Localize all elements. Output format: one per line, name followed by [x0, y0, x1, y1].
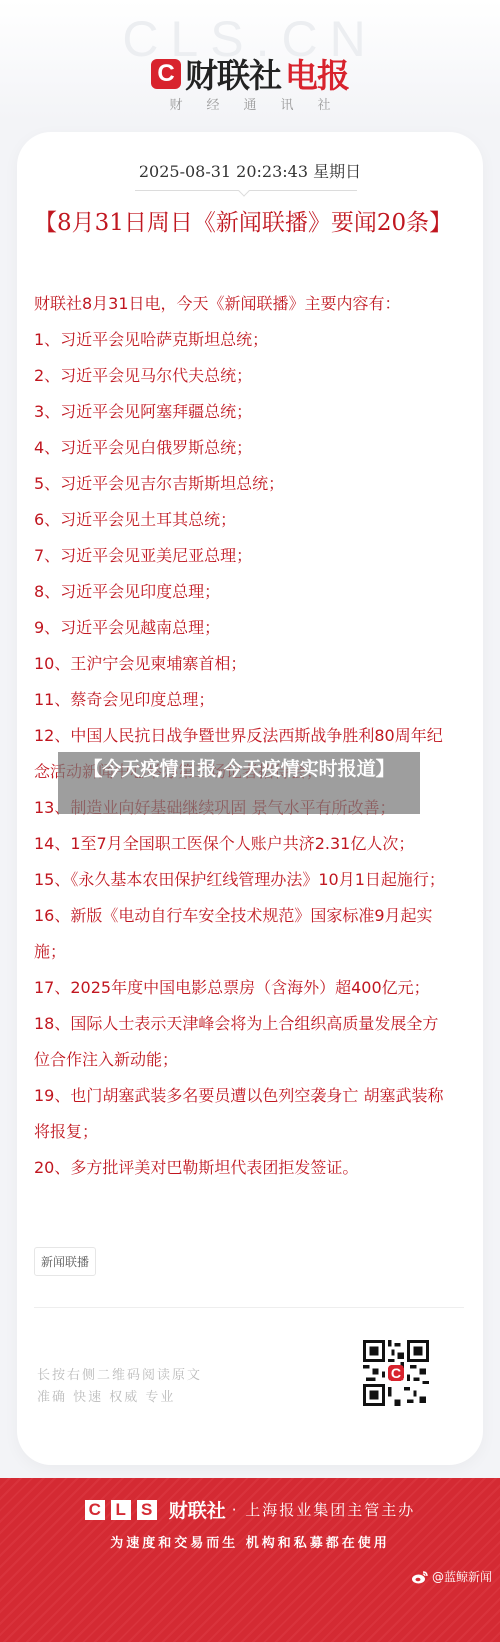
- article-title: 【8月31日周日《新闻联播》要闻20条】: [34, 206, 454, 241]
- logo-product: 电报: [285, 50, 349, 97]
- band-slogan: 为速度和交易而生 机构和私募都在使用: [0, 1532, 500, 1551]
- list-item: 4、习近平会见白俄罗斯总统；: [34, 430, 454, 466]
- band-org: · 上海报业集团主管主办: [232, 1499, 416, 1520]
- logo-brand: 财联社: [185, 50, 281, 97]
- list-item: 16、新版《电动自行车安全技术规范》国家标准9月起实施；: [34, 898, 454, 970]
- band-brand-row: C L S 财联社 · 上海报业集团主管主办: [0, 1496, 500, 1523]
- page: CLS.CN C 财联社 电报 财经通讯社 2025-08-31 20:23:4…: [0, 0, 500, 1642]
- cls-letter: S: [137, 1500, 157, 1520]
- card-divider: [34, 1307, 464, 1308]
- article-datetime: 2025-08-31 20:23:43 星期日: [17, 159, 483, 182]
- qr-code-icon[interactable]: C: [363, 1340, 429, 1406]
- cls-letter: L: [111, 1500, 131, 1520]
- list-item: 5、习近平会见吉尔吉斯斯坦总统；: [34, 466, 454, 502]
- list-item: 15、《永久基本农田保护红线管理办法》10月1日起施行；: [34, 862, 454, 898]
- qr-hint: 长按右侧二维码阅读原文: [37, 1365, 202, 1387]
- footer-band: C L S 财联社 · 上海报业集团主管主办 为速度和交易而生 机构和私募都在使…: [0, 1478, 500, 1642]
- article-content: 财联社8月31日电，今天《新闻联播》主要内容有： 1、习近平会见哈萨克斯坦总统；…: [34, 286, 454, 1186]
- list-item: 3、习近平会见阿塞拜疆总统；: [34, 394, 454, 430]
- list-item: 6、习近平会见土耳其总统；: [34, 502, 454, 538]
- credit-text: @蓝鲸新闻: [432, 1568, 492, 1585]
- list-item: 9、习近平会见越南总理；: [34, 610, 454, 646]
- list-item: 2、习近平会见马尔代夫总统；: [34, 358, 454, 394]
- list-item: 20、多方批评美对巴勒斯坦代表团拒发签证。: [34, 1150, 454, 1186]
- list-item: 1、习近平会见哈萨克斯坦总统；: [34, 322, 454, 358]
- overlay-banner: 【今天疫情日报,今天疫情实时报道】: [58, 752, 420, 814]
- list-item: 17、2025年度中国电影总票房（含海外）超400亿元；: [34, 970, 454, 1006]
- list-item: 8、习近平会见印度总理；: [34, 574, 454, 610]
- weibo-credit[interactable]: @蓝鲸新闻: [411, 1568, 492, 1585]
- svg-text:C: C: [391, 1365, 401, 1381]
- logo-subtitle: 财经通讯社: [0, 94, 500, 113]
- cls-letter: C: [85, 1500, 105, 1520]
- date-divider-notch: [238, 185, 249, 196]
- list-item: 7、习近平会见亚美尼亚总理；: [34, 538, 454, 574]
- article-intro: 财联社8月31日电，今天《新闻联播》主要内容有：: [34, 286, 454, 322]
- weibo-icon: [411, 1570, 429, 1584]
- tag-xinwenlianbo[interactable]: 新闻联播: [34, 1247, 96, 1276]
- logo: C 财联社 电报: [0, 50, 500, 97]
- logo-c-icon: C: [151, 59, 181, 89]
- band-brand: 财联社: [169, 1496, 226, 1523]
- tagline: 准确 快速 权威 专业: [37, 1387, 202, 1409]
- list-item: 18、国际人士表示天津峰会将为上合组织高质量发展全方位合作注入新动能；: [34, 1006, 454, 1078]
- card-footer-text: 长按右侧二维码阅读原文 准确 快速 权威 专业: [37, 1365, 202, 1409]
- list-item: 19、也门胡塞武装多名要员遭以色列空袭身亡 胡塞武装称将报复；: [34, 1078, 454, 1150]
- list-item: 14、1至7月全国职工医保个人账户共济2.31亿人次；: [34, 826, 454, 862]
- list-item: 11、蔡奇会见印度总理；: [34, 682, 454, 718]
- list-item: 10、王沪宁会见柬埔寨首相；: [34, 646, 454, 682]
